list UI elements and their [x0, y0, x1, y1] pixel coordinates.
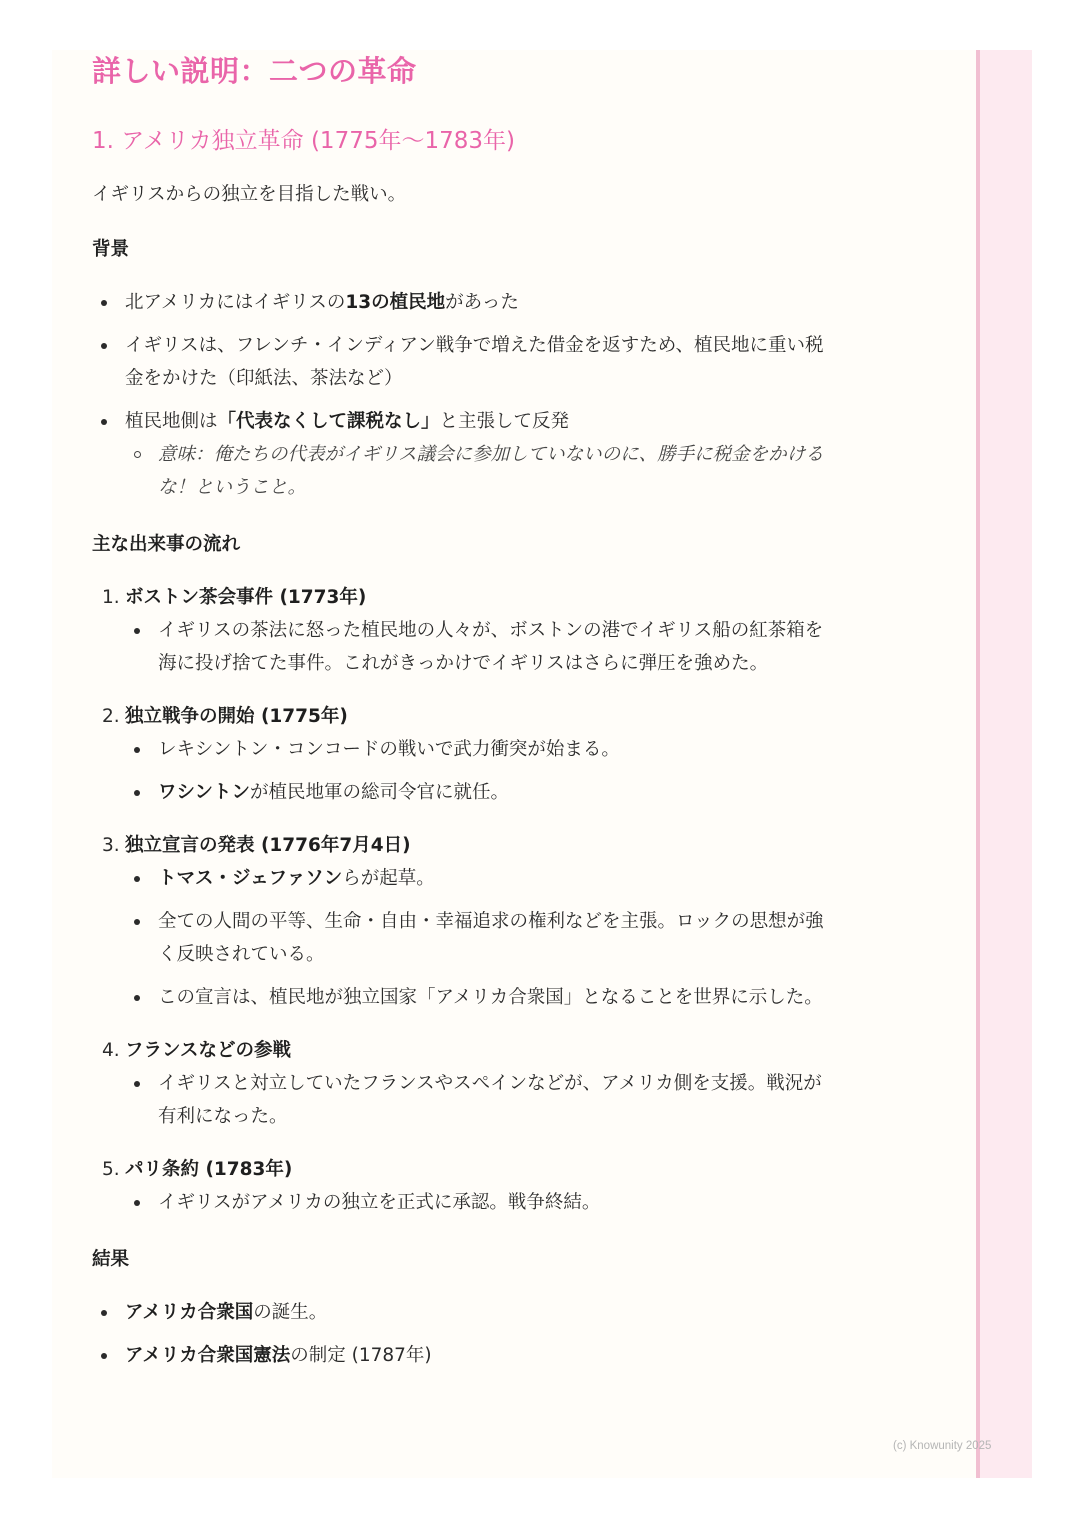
page-title: 詳しい説明：二つの革命: [92, 50, 827, 90]
event-bullets: イギリスの茶法に怒った植民地の人々が、ボストンの港でイギリス船の紅茶箱を海に投げ…: [125, 614, 827, 680]
background-list: 北アメリカにはイギリスの13の植民地があった イギリスは、フレンチ・インディアン…: [92, 286, 827, 504]
bullet-text: 全ての人間の平等、生命・自由・幸福追求の権利などを主張。ロックの思想が強く反映さ…: [158, 911, 824, 965]
events-heading: 主な出来事の流れ: [92, 528, 827, 561]
list-item: 全ての人間の平等、生命・自由・幸福追求の権利などを主張。ロックの思想が強く反映さ…: [125, 905, 827, 971]
bullet-text: イギリスがアメリカの独立を正式に承認。戦争終結。: [158, 1192, 600, 1213]
bullet-text: この宣言は、植民地が独立国家「アメリカ合衆国」となることを世界に示した。: [158, 987, 823, 1008]
bullet-text: レキシントン・コンコードの戦いで武力衝突が始まる。: [158, 739, 620, 760]
list-item: イギリスは、フレンチ・インディアン戦争で増えた借金を返すため、植民地に重い税金を…: [92, 329, 827, 395]
sub-list: 意味：俺たちの代表がイギリス議会に参加していないのに、勝手に税金をかけるな！とい…: [125, 438, 827, 504]
background-heading: 背景: [92, 233, 827, 266]
list-item: トマス・ジェファソンらが起草。: [125, 862, 827, 895]
event-bullets: イギリスと対立していたフランスやスペインなどが、アメリカ側を支援。戦況が有利にな…: [125, 1067, 827, 1133]
event-item: 4. フランスなどの参戦 イギリスと対立していたフランスやスペインなどが、アメリ…: [92, 1034, 827, 1133]
list-item: イギリスと対立していたフランスやスペインなどが、アメリカ側を支援。戦況が有利にな…: [125, 1067, 827, 1133]
event-title: フランスなどの参戦: [125, 1040, 291, 1061]
bullet-text-pre: 北アメリカにはイギリスの: [125, 292, 345, 313]
list-item: レキシントン・コンコードの戦いで武力衝突が始まる。: [125, 733, 827, 766]
event-bullets: イギリスがアメリカの独立を正式に承認。戦争終結。: [125, 1186, 827, 1219]
bullet-text-bold: トマス・ジェファソン: [158, 868, 342, 889]
copyright-notice: (c) Knowunity 2025: [893, 1440, 991, 1452]
event-bullets: トマス・ジェファソンらが起草。 全ての人間の平等、生命・自由・幸福追求の権利など…: [125, 862, 827, 1014]
event-title: 独立戦争の開始 (1775年): [125, 706, 348, 727]
bullet-text-pre: 植民地側は: [125, 411, 218, 432]
bullet-text-post: と主張して反発: [440, 411, 570, 432]
bullet-text-bold: アメリカ合衆国憲法: [125, 1345, 290, 1366]
document-content: 詳しい説明：二つの革命 1. アメリカ独立革命 (1775年〜1783年) イギ…: [92, 50, 827, 1372]
bullet-text: らが起草。: [342, 868, 435, 889]
events-list: 1. ボストン茶会事件 (1773年) イギリスの茶法に怒った植民地の人々が、ボ…: [92, 581, 827, 1219]
bullet-text-bold: 13の植民地: [345, 292, 445, 313]
list-item: ワシントンが植民地軍の総司令官に就任。: [125, 776, 827, 809]
bullet-text: イギリスと対立していたフランスやスペインなどが、アメリカ側を支援。戦況が有利にな…: [158, 1073, 822, 1127]
bullet-text-bold: 「代表なくして課税なし」: [218, 411, 440, 432]
event-title: ボストン茶会事件 (1773年): [125, 587, 366, 608]
event-bullets: レキシントン・コンコードの戦いで武力衝突が始まる。 ワシントンが植民地軍の総司令…: [125, 733, 827, 809]
bullet-text: の誕生。: [253, 1302, 327, 1323]
bullet-text: イギリスの茶法に怒った植民地の人々が、ボストンの港でイギリス船の紅茶箱を海に投げ…: [158, 620, 823, 674]
bullet-text-bold: ワシントン: [158, 782, 250, 803]
list-item: この宣言は、植民地が独立国家「アメリカ合衆国」となることを世界に示した。: [125, 981, 827, 1014]
event-title: 独立宣言の発表 (1776年7月4日): [125, 835, 411, 856]
list-item: イギリスの茶法に怒った植民地の人々が、ボストンの港でイギリス船の紅茶箱を海に投げ…: [125, 614, 827, 680]
list-item: 植民地側は「代表なくして課税なし」と主張して反発 意味：俺たちの代表がイギリス議…: [92, 405, 827, 504]
event-number: 3.: [102, 829, 120, 862]
event-item: 3. 独立宣言の発表 (1776年7月4日) トマス・ジェファソンらが起草。 全…: [92, 829, 827, 1014]
event-number: 5.: [102, 1153, 120, 1186]
sub-list-item: 意味：俺たちの代表がイギリス議会に参加していないのに、勝手に税金をかけるな！とい…: [125, 438, 827, 504]
event-item: 1. ボストン茶会事件 (1773年) イギリスの茶法に怒った植民地の人々が、ボ…: [92, 581, 827, 680]
list-item: イギリスがアメリカの独立を正式に承認。戦争終結。: [125, 1186, 827, 1219]
list-item: アメリカ合衆国憲法の制定 (1787年): [92, 1339, 827, 1372]
event-title: パリ条約 (1783年): [125, 1159, 292, 1180]
bullet-text: の制定 (1787年): [290, 1345, 431, 1366]
bullet-text-bold: アメリカ合衆国: [125, 1302, 253, 1323]
results-heading: 結果: [92, 1243, 827, 1276]
results-list: アメリカ合衆国の誕生。 アメリカ合衆国憲法の制定 (1787年): [92, 1296, 827, 1372]
section-title: 1. アメリカ独立革命 (1775年〜1783年): [92, 126, 827, 156]
event-number: 2.: [102, 700, 120, 733]
event-item: 2. 独立戦争の開始 (1775年) レキシントン・コンコードの戦いで武力衝突が…: [92, 700, 827, 809]
event-item: 5. パリ条約 (1783年) イギリスがアメリカの独立を正式に承認。戦争終結。: [92, 1153, 827, 1219]
bullet-text: が植民地軍の総司令官に就任。: [250, 782, 509, 803]
event-number: 4.: [102, 1034, 120, 1067]
bullet-text: イギリスは、フレンチ・インディアン戦争で増えた借金を返すため、植民地に重い税金を…: [125, 335, 823, 389]
list-item: アメリカ合衆国の誕生。: [92, 1296, 827, 1329]
list-item: 北アメリカにはイギリスの13の植民地があった: [92, 286, 827, 319]
bullet-text-post: があった: [445, 292, 519, 313]
event-number: 1.: [102, 581, 120, 614]
intro-text: イギリスからの独立を目指した戦い。: [92, 178, 827, 211]
side-accent-strip: [976, 50, 1032, 1478]
